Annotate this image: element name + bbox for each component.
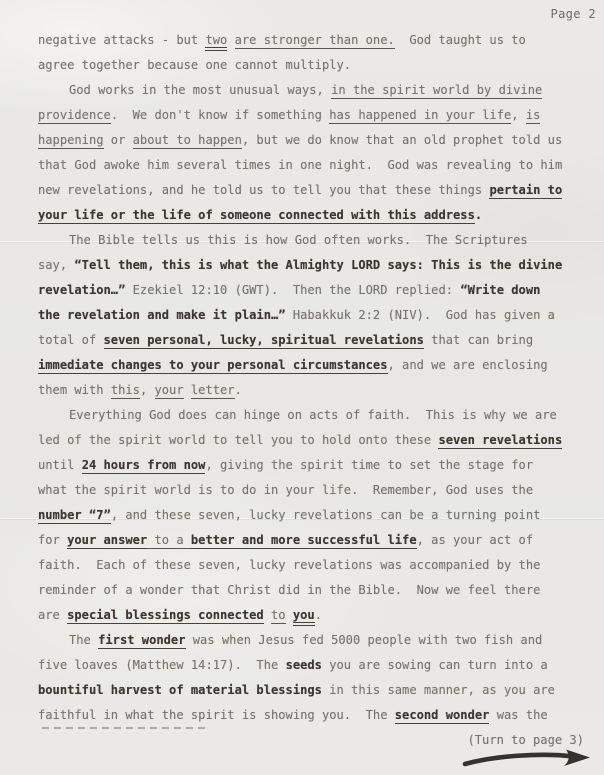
bold-text: “Write down — [460, 283, 540, 297]
document-body: negative attacks - but two are stronger … — [38, 28, 578, 728]
text-line: negative attacks - but two are stronger … — [38, 28, 578, 53]
text-line: number “7”, and these seven, lucky revel… — [38, 503, 578, 528]
underlined-text: in the spirit world by divine — [331, 83, 542, 99]
text — [264, 608, 271, 622]
underlined-text: first wonder — [98, 633, 185, 649]
text: faith. Each of these seven, lucky revela… — [38, 558, 540, 572]
text: total of — [38, 333, 104, 347]
text: . We don't know if something — [111, 108, 329, 122]
text: . — [315, 608, 322, 622]
text: you are sowing can turn into a — [322, 658, 548, 672]
text-line: for your answer to a better and more suc… — [38, 528, 578, 553]
underlined-text: your — [155, 383, 184, 399]
page-number: Page 2 — [551, 7, 597, 21]
underlined-text: to a — [147, 533, 191, 549]
text — [286, 608, 293, 622]
underlined-text: your life or the life of someone connect… — [38, 208, 475, 224]
text-line: say, “Tell them, this is what the Almigh… — [38, 253, 578, 278]
text-line: bountiful harvest of material blessings … — [38, 678, 578, 703]
text: , — [140, 383, 155, 397]
bold-text: revelation…” — [38, 283, 125, 297]
page-turn-arrow-icon — [462, 747, 592, 771]
text: was the — [489, 708, 547, 722]
text-line: faithful in what the spirit is showing y… — [38, 703, 578, 728]
text: was when Jesus fed 5000 people with two … — [186, 633, 543, 647]
underlined-text: this — [111, 383, 140, 399]
text: , as your act of — [417, 533, 534, 547]
underlined-text: seven personal, lucky, spiritual revelat… — [104, 333, 424, 349]
text: five loaves (Matthew 14:17). The — [38, 658, 286, 672]
underlined-text: number “7” — [38, 508, 111, 524]
underlined-text: providence — [38, 108, 111, 124]
text: , but we do know that an old prophet tol… — [242, 133, 562, 147]
underlined-text: second wonder — [395, 708, 490, 724]
bold-text: “Tell them, this is what the Almighty LO… — [74, 258, 562, 272]
bold-text: seeds — [286, 658, 322, 672]
underlined-text: letter — [191, 383, 235, 399]
underlined-text: happening — [38, 133, 104, 149]
text: that God awoke him several times in one … — [38, 158, 562, 172]
underlined-text: better and more successful life — [191, 533, 417, 549]
text-line: that God awoke him several times in one … — [38, 153, 578, 178]
underlined-text: two — [205, 33, 227, 51]
text: until — [38, 458, 82, 472]
text: that can bring — [424, 333, 533, 347]
text-line: them with this, your letter. — [38, 378, 578, 403]
underlined-text: seven revelations — [438, 433, 562, 449]
underlined-text: to — [271, 608, 286, 624]
text-line: reminder of a wonder that Christ did in … — [38, 578, 578, 603]
text: . — [235, 383, 242, 397]
underlined-text: are stronger than one. — [235, 33, 395, 49]
text: , — [511, 108, 526, 122]
text-line: are special blessings connected to you. — [38, 603, 578, 628]
text: Everything God does can hinge on acts of… — [69, 408, 557, 422]
text — [184, 383, 191, 397]
underlined-text: immediate changes to your personal circu… — [38, 358, 388, 374]
text-line: faith. Each of these seven, lucky revela… — [38, 553, 578, 578]
text: , and we are enclosing — [388, 358, 548, 372]
text: God works in the most unusual ways, — [69, 83, 331, 97]
text: faithful in what the spirit is showing y… — [38, 708, 395, 722]
text: , and these seven, lucky revelations can… — [111, 508, 541, 522]
text-line: The Bible tells us this is how God often… — [38, 228, 578, 253]
text: in this same manner, as you are — [322, 683, 555, 697]
text-line: what the spirit world is to do in your l… — [38, 478, 578, 503]
text-line: Everything God does can hinge on acts of… — [38, 403, 578, 428]
underlined-text: about to happen — [133, 133, 242, 149]
text-line: immediate changes to your personal circu… — [38, 353, 578, 378]
underlined-text: special blessings connected — [67, 608, 264, 624]
text-line: new revelations, and he told us to tell … — [38, 178, 578, 203]
underlined-text: 24 hours from now — [82, 458, 206, 474]
text: , giving the spirit time to set the stag… — [205, 458, 533, 472]
text-line: led of the spirit world to tell you to h… — [38, 428, 578, 453]
scanned-letter-page: Page 2 negative attacks - but two are st… — [0, 0, 604, 775]
text: are — [38, 608, 67, 622]
text-line: five loaves (Matthew 14:17). The seeds y… — [38, 653, 578, 678]
underlined-text: you — [293, 608, 315, 626]
text: what the spirit world is to do in your l… — [38, 483, 533, 497]
text-line: The first wonder was when Jesus fed 5000… — [38, 628, 578, 653]
bold-text: bountiful harvest of material blessings — [38, 683, 322, 697]
text-line: revelation…” Ezekiel 12:10 (GWT). Then t… — [38, 278, 578, 303]
text: or — [104, 133, 133, 147]
bold-text: . — [475, 208, 482, 222]
text — [227, 33, 234, 47]
text-line: God works in the most unusual ways, in t… — [38, 78, 578, 103]
text: negative attacks - but — [38, 33, 205, 47]
text: say, — [38, 258, 74, 272]
text: new revelations, and he told us to tell … — [38, 183, 489, 197]
text: God taught us to — [395, 33, 526, 47]
text: reminder of a wonder that Christ did in … — [38, 583, 540, 597]
underlined-text: is — [526, 108, 541, 124]
text-line: agree together because one cannot multip… — [38, 53, 578, 78]
turn-page-note: (Turn to page 3) — [468, 733, 585, 747]
text-line: happening or about to happen, but we do … — [38, 128, 578, 153]
text-line: your life or the life of someone connect… — [38, 203, 578, 228]
text-line: the revelation and make it plain…” Habak… — [38, 303, 578, 328]
text: for — [38, 533, 67, 547]
text: Ezekiel 12:10 (GWT). Then the LORD repli… — [125, 283, 460, 297]
text-line: providence. We don't know if something h… — [38, 103, 578, 128]
text-line: total of seven personal, lucky, spiritua… — [38, 328, 578, 353]
underlined-text: your answer — [67, 533, 147, 549]
underlined-text: pertain to — [489, 183, 562, 199]
text: them with — [38, 383, 111, 397]
underlined-text: has happened in your life — [329, 108, 511, 124]
text: The Bible tells us this is how God often… — [69, 233, 528, 247]
text: agree together because one cannot multip… — [38, 58, 351, 72]
text: led of the spirit world to tell you to h… — [38, 433, 438, 447]
text: The — [69, 633, 98, 647]
text: Habakkuk 2:2 (NIV). God has given a — [286, 308, 555, 322]
bold-text: the revelation and make it plain…” — [38, 308, 286, 322]
text-line: until 24 hours from now, giving the spir… — [38, 453, 578, 478]
